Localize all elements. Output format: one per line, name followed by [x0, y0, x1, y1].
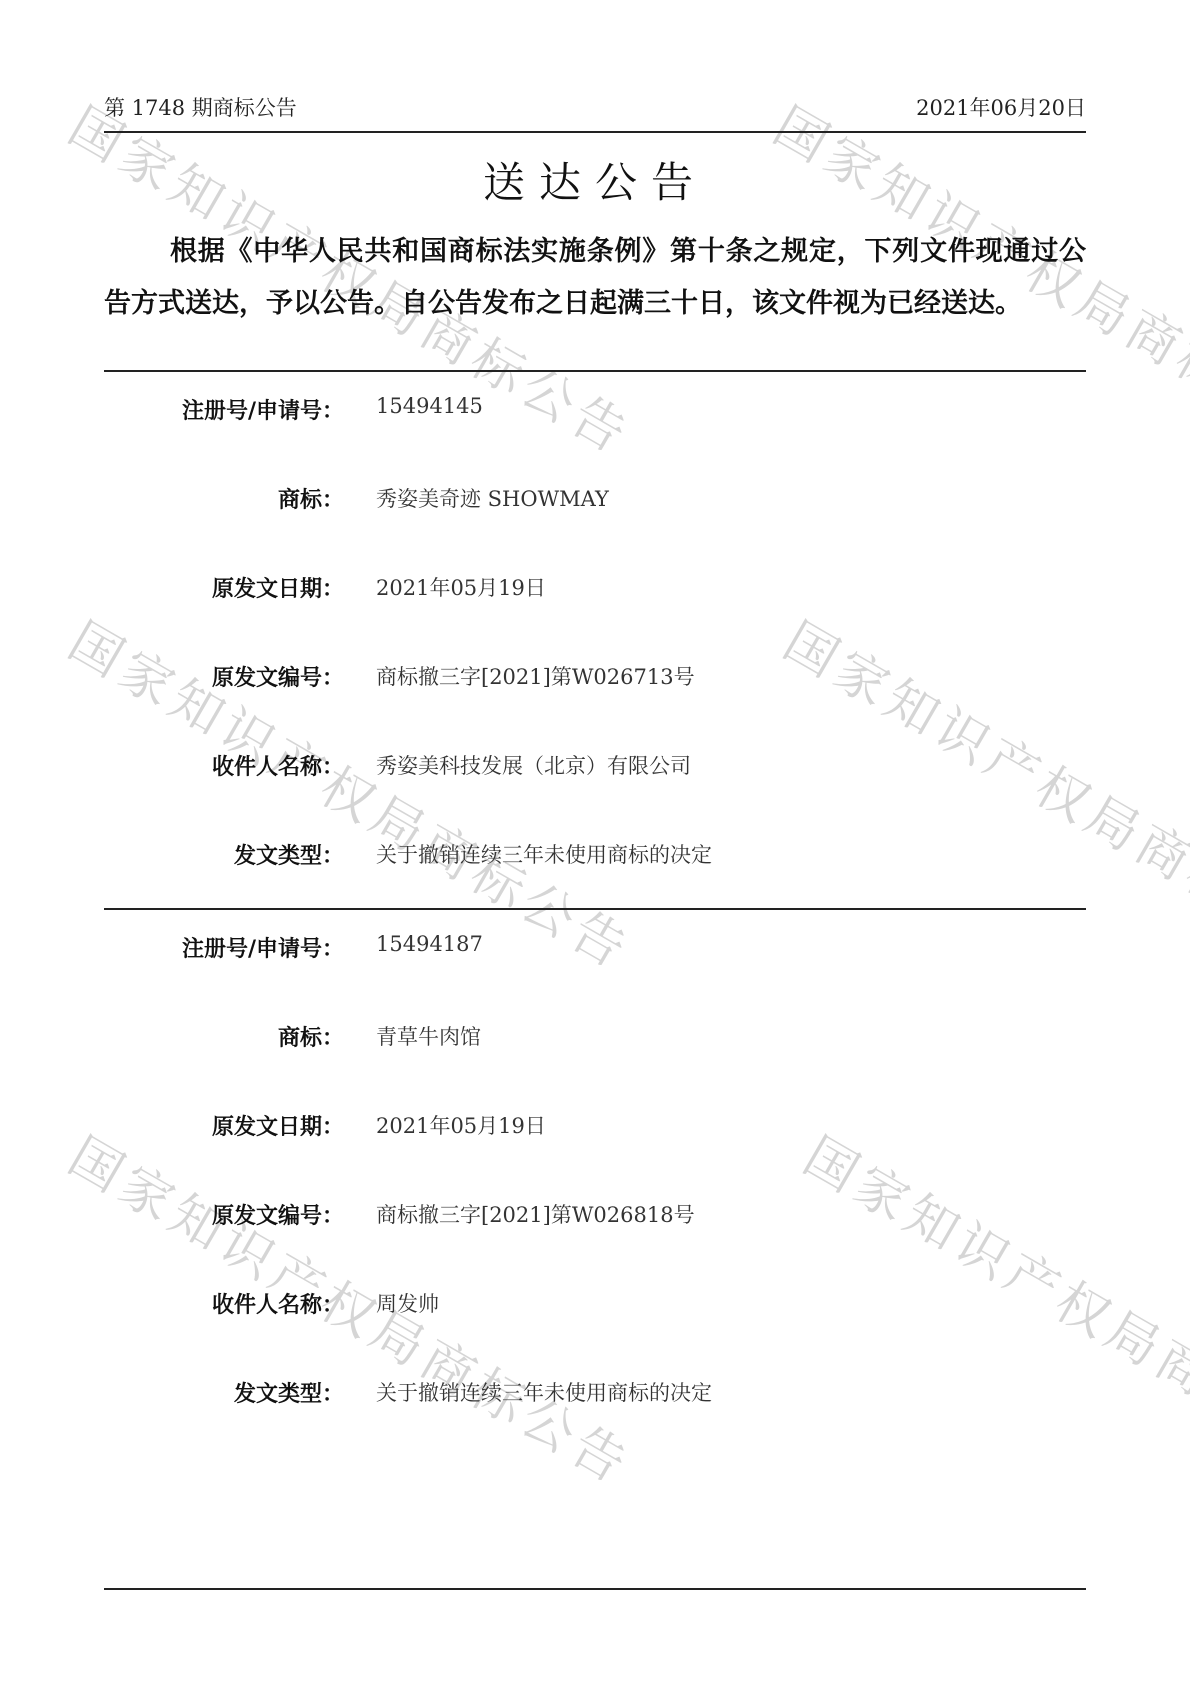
value-recipient: 秀姿美科技发展（北京）有限公司 — [376, 750, 691, 780]
field-recipient: 收件人名称： 周发帅 — [0, 1288, 1190, 1328]
page-header: 第 1748 期商标公告 2021年06月20日 — [104, 92, 1086, 124]
value-orig-no: 商标撤三字[2021]第W026818号 — [376, 1199, 695, 1229]
label-orig-date: 原发文日期： — [212, 1110, 344, 1141]
label-reg-no: 注册号/申请号： — [182, 394, 344, 425]
value-recipient: 周发帅 — [376, 1288, 439, 1318]
value-reg-no: 15494145 — [376, 394, 483, 418]
value-orig-no: 商标撤三字[2021]第W026713号 — [376, 661, 695, 691]
issue-date: 2021年06月20日 — [916, 92, 1086, 122]
page-title: 送达公告 — [0, 150, 1190, 210]
announcement-page: 第 1748 期商标公告 2021年06月20日 送达公告 根据《中华人民共和国… — [0, 0, 1190, 1684]
field-doc-type: 发文类型： 关于撤销连续三年未使用商标的决定 — [0, 1377, 1190, 1417]
intro-paragraph: 根据《中华人民共和国商标法实施条例》第十条之规定，下列文件现通过公告方式送达，予… — [104, 226, 1086, 330]
field-trademark: 商标： 秀姿美奇迹 SHOWMAY — [0, 483, 1190, 523]
field-recipient: 收件人名称： 秀姿美科技发展（北京）有限公司 — [0, 750, 1190, 790]
value-doc-type: 关于撤销连续三年未使用商标的决定 — [376, 1377, 712, 1407]
field-reg-no: 注册号/申请号： 15494145 — [0, 394, 1190, 434]
label-orig-no: 原发文编号： — [212, 1199, 344, 1230]
header-divider — [104, 131, 1086, 133]
field-orig-no: 原发文编号： 商标撤三字[2021]第W026713号 — [0, 661, 1190, 701]
field-orig-no: 原发文编号： 商标撤三字[2021]第W026818号 — [0, 1199, 1190, 1239]
label-doc-type: 发文类型： — [234, 1377, 344, 1408]
value-reg-no: 15494187 — [376, 932, 483, 956]
value-trademark: 秀姿美奇迹 SHOWMAY — [376, 483, 609, 513]
value-orig-date: 2021年05月19日 — [376, 1110, 546, 1140]
field-orig-date: 原发文日期： 2021年05月19日 — [0, 572, 1190, 612]
field-doc-type: 发文类型： 关于撤销连续三年未使用商标的决定 — [0, 839, 1190, 879]
label-trademark: 商标： — [278, 483, 344, 514]
label-trademark: 商标： — [278, 1021, 344, 1052]
label-reg-no: 注册号/申请号： — [182, 932, 344, 963]
issue-number: 第 1748 期商标公告 — [104, 92, 297, 122]
value-trademark: 青草牛肉馆 — [376, 1021, 481, 1051]
record-divider — [104, 908, 1086, 910]
record-divider — [104, 370, 1086, 372]
field-orig-date: 原发文日期： 2021年05月19日 — [0, 1110, 1190, 1150]
label-recipient: 收件人名称： — [212, 1288, 344, 1319]
label-orig-date: 原发文日期： — [212, 572, 344, 603]
field-reg-no: 注册号/申请号： 15494187 — [0, 932, 1190, 972]
value-doc-type: 关于撤销连续三年未使用商标的决定 — [376, 839, 712, 869]
value-orig-date: 2021年05月19日 — [376, 572, 546, 602]
label-orig-no: 原发文编号： — [212, 661, 344, 692]
field-trademark: 商标： 青草牛肉馆 — [0, 1021, 1190, 1061]
label-doc-type: 发文类型： — [234, 839, 344, 870]
footer-divider — [104, 1588, 1086, 1590]
label-recipient: 收件人名称： — [212, 750, 344, 781]
